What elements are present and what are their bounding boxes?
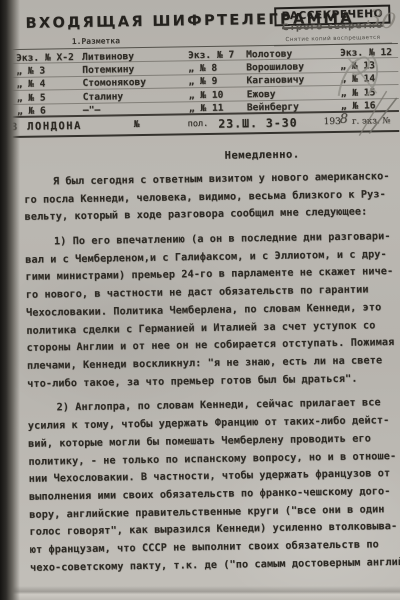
recipient-name: —"— [83,103,189,116]
recipient-name: Ежову [247,88,341,100]
origin-city: ЛОНДОНА [27,120,82,133]
recipient-name: Потемкину [82,63,188,76]
copy-no: Экз. № 7 [188,49,246,61]
copy-no: „ № 4 [16,78,82,90]
copy-no: „ № 10 [189,89,247,101]
copy-no: „ № 16 [341,100,399,112]
copy-no: Экз. № Х-2 [16,51,82,63]
copy-no: „ № 14 [340,73,398,85]
distribution-list: Экз. № Х-2 Литвинову Экз. № 7 Молотову Э… [10,45,399,118]
telegram-body: Я был сегодня с ответным визитом у новог… [24,168,400,577]
copy-no: Экз. № 12 [340,46,398,58]
year-copy-suffix: г. экз. № [352,116,391,127]
copy-no: „ № 9 [188,76,246,88]
copy-no: „ № 13 [340,60,398,72]
copy-no: „ № 5 [17,92,83,104]
year-handwritten-digit: 8 [340,112,349,127]
received-datetime: 23.Ш. 3-30 [218,116,297,131]
copy-no: „ № 11 [189,102,247,114]
recipient-name: Молотову [246,47,340,59]
copy-no: „ № 15 [341,87,399,99]
paragraph-point-2: 2) Англопра, по словам Кеннеди, сейчас п… [27,394,400,577]
paragraph-intro: Я был сегодня с ответным визитом у новог… [24,168,399,227]
document-sheet: РАССЕКРЕЧЕНО Строго секретно Снятие копи… [9,0,400,600]
copy-no: „ № 8 [188,62,246,74]
book-gutter-shadow [0,0,20,600]
copy-no: „ № 3 [16,65,82,77]
recipient-name: Ворошилову [246,61,340,73]
paragraph-point-1: 1) По его впечатлению (а он в последние … [25,228,400,393]
page-bottom-edge [0,586,400,600]
form-subtitle: 1.Разметка [72,36,120,46]
recipient-name: Вейнбергу [247,101,341,113]
telegram-scan-page: РАССЕКРЕЧЕНО Строго секретно Снятие копи… [0,0,400,600]
telegram-number-label: № [134,119,140,130]
recipient-name: Кагановичу [246,74,340,86]
recipient-name: Сталину [83,90,189,103]
recipient-name: Стомонякову [82,77,188,90]
received-label: пол. [188,119,209,129]
urgency-note: Немедленно. [12,147,400,165]
recipient-name: Литвинову [82,50,188,63]
year-printed: 193 [323,117,340,127]
stamp-area: РАССЕКРЕЧЕНО Строго секретно Снятие копи… [273,2,392,47]
copy-no: „ № 6 [17,105,83,117]
